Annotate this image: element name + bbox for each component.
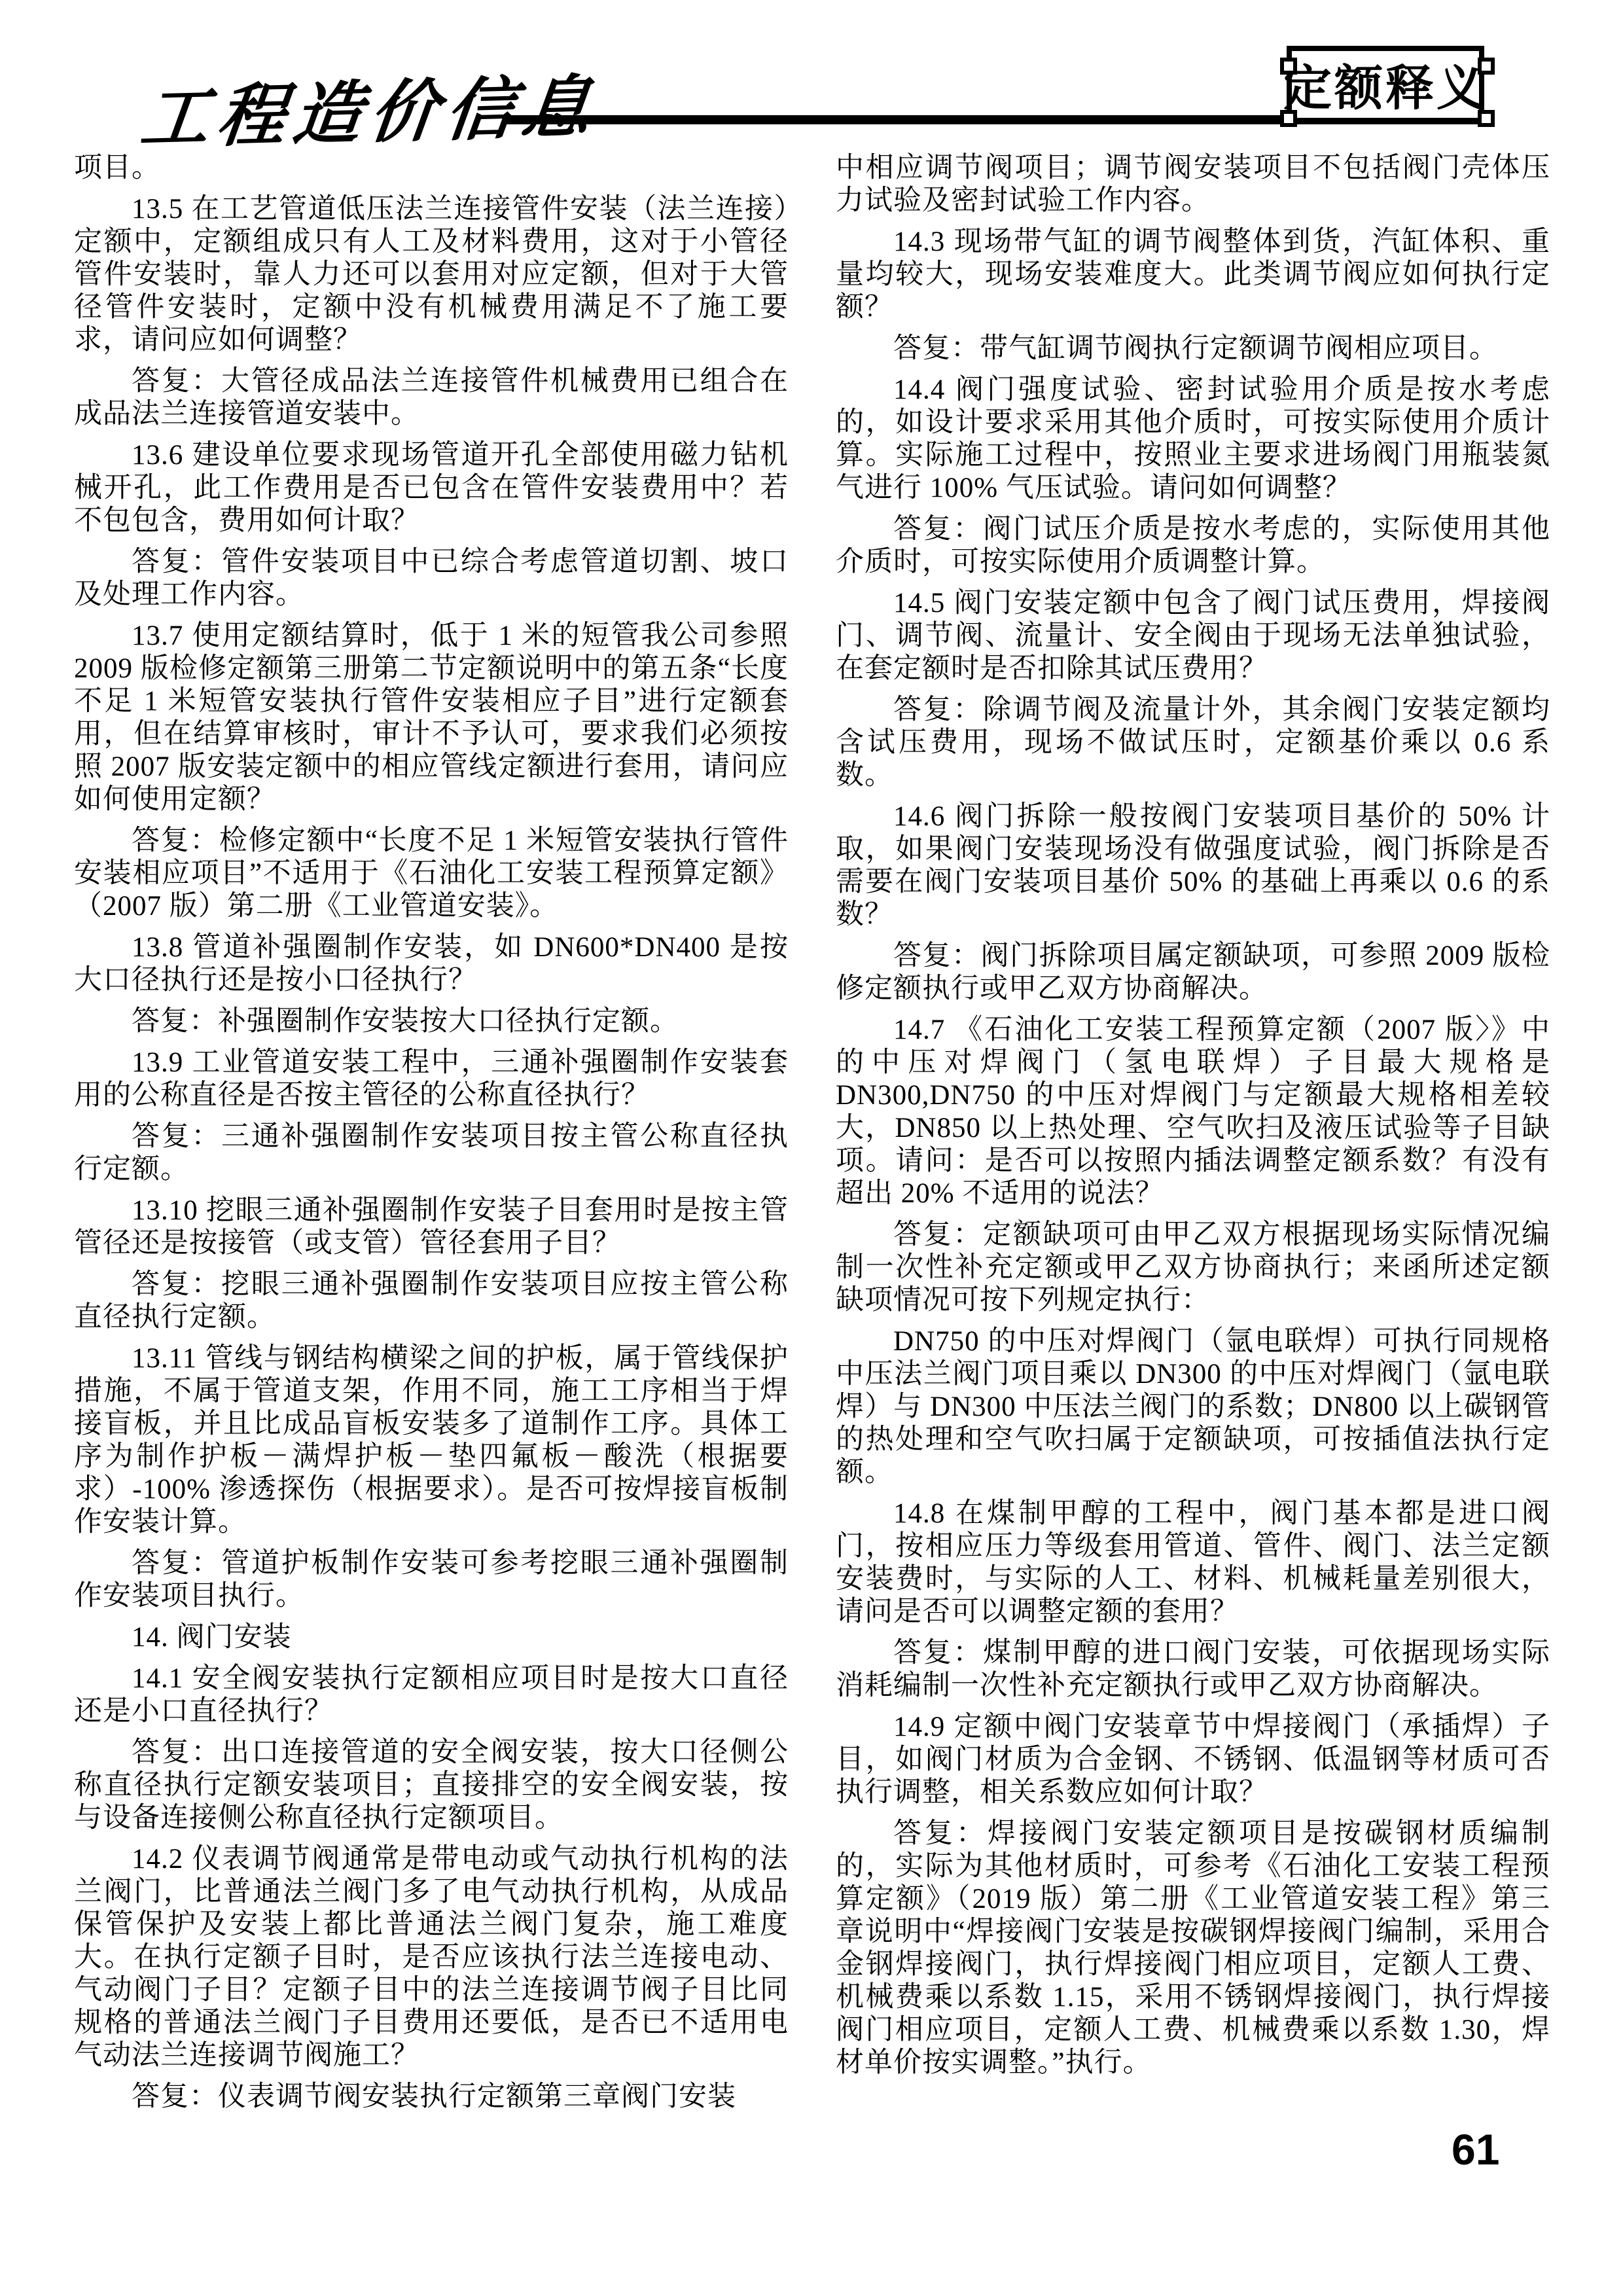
paragraph: 13.11 管线与钢结构横梁之间的护板，属于管线保护措施，不属于管道支架，作用不… bbox=[74, 1342, 789, 1539]
magazine-masthead: 工程造价信息 bbox=[136, 52, 604, 162]
paragraph: 中相应调节阀项目；调节阀安装项目不包括阀门壳体压力试验及密封试验工作内容。 bbox=[836, 152, 1550, 217]
paragraph: 14.1 安全阀安装执行定额相应项目时是按大口直径还是小口直径执行？ bbox=[74, 1662, 789, 1728]
paragraph: 答复：大管径成品法兰连接管件机械费用已组合在成品法兰连接管道安装中。 bbox=[74, 365, 789, 431]
paragraph: 14.6 阀门拆除一般按阀门安装项目基价的 50% 计取，如果阀门安装现场没有做… bbox=[836, 800, 1550, 931]
paragraph: 答复：检修定额中“长度不足 1 米短管安装执行管件安装相应项目”不适用于《石油化… bbox=[74, 825, 789, 923]
paragraph: 答复：管件安装项目中已综合考虑管道切割、坡口及处理工作内容。 bbox=[74, 546, 789, 611]
paragraph: 14.8 在煤制甲醇的工程中，阀门基本都是进口阀门，按相应压力等级套用管道、管件… bbox=[836, 1498, 1550, 1628]
paragraph: 答复：焊接阀门安装定额项目是按碳钢材质编制的，实际为其他材质时，可参考《石油化工… bbox=[836, 1818, 1550, 2079]
paragraph: 答复：挖眼三通补强圈制作安装项目应按主管公称直径执行定额。 bbox=[74, 1268, 789, 1334]
paragraph: 14. 阀门安装 bbox=[74, 1621, 789, 1654]
paragraph: 答复：阀门拆除项目属定额缺项，可参照 2009 版检修定额执行或甲乙双方协商解决… bbox=[836, 940, 1550, 1005]
left-column: 项目。13.5 在工艺管道低压法兰连接管件安装（法兰连接）定额中，定额组成只有人… bbox=[74, 152, 789, 2113]
right-column: 中相应调节阀项目；调节阀安装项目不包括阀门壳体压力试验及密封试验工作内容。14.… bbox=[836, 152, 1550, 2079]
paragraph: 答复：煤制甲醇的进口阀门安装，可依据现场实际消耗编制一次性补充定额执行或甲乙双方… bbox=[836, 1637, 1550, 1702]
paragraph: 14.7 《石油化工安装工程预算定额（2007 版〉》中的中压对焊阀门（氢电联焊… bbox=[836, 1014, 1550, 1210]
section-badge-label: 定额释义 bbox=[1283, 50, 1488, 119]
badge-corner-ornament bbox=[1280, 110, 1297, 127]
paragraph: 13.8 管道补强圈制作安装，如 DN600*DN400 是按大口径执行还是按小… bbox=[74, 931, 789, 997]
paragraph: 答复：带气缸调节阀执行定额调节阀相应项目。 bbox=[836, 332, 1550, 365]
paragraph: 答复：三通补强圈制作安装项目按主管公称直径执行定额。 bbox=[74, 1121, 789, 1186]
paragraph: 13.9 工业管道安装工程中，三通补强圈制作安装套用的公称直径是否按主管径的公称… bbox=[74, 1047, 789, 1112]
paragraph: 14.4 阀门强度试验、密封试验用介质是按水考虑的，如设计要求采用其他介质时，可… bbox=[836, 374, 1550, 505]
paragraph: 13.10 挖眼三通补强圈制作安装子目套用时是按主管管径还是按接管（或支管）管径… bbox=[74, 1194, 789, 1260]
paragraph: 14.3 现场带气缸的调节阀整体到货，汽缸体积、重量均较大，现场安装难度大。此类… bbox=[836, 226, 1550, 324]
paragraph: 答复：出口连接管道的安全阀安装，按大口径侧公称直径执行定额安装项目；直接排空的安… bbox=[74, 1736, 789, 1835]
paragraph: 答复：定额缺项可由甲乙双方根据现场实际情况编制一次性补充定额或甲乙双方协商执行；… bbox=[836, 1219, 1550, 1317]
paragraph: 答复：除调节阀及流量计外，其余阀门安装定额均含试压费用，现场不做试压时，定额基价… bbox=[836, 694, 1550, 792]
paragraph: 13.7 使用定额结算时，低于 1 米的短管我公司参照 2009 版检修定额第三… bbox=[74, 620, 789, 816]
paragraph: 14.5 阀门安装定额中包含了阀门试压费用，焊接阀门、调节阀、流量计、安全阀由于… bbox=[836, 587, 1550, 685]
paragraph: DN750 的中压对焊阀门（氩电联焊）可执行同规格中压法兰阀门项目乘以 DN30… bbox=[836, 1325, 1550, 1489]
paragraph: 答复：补强圈制作安装按大口径执行定额。 bbox=[74, 1005, 789, 1038]
badge-corner-ornament bbox=[1478, 58, 1495, 75]
paragraph: 答复：仪表调节阀安装执行定额第三章阀门安装 bbox=[74, 2081, 789, 2113]
paragraph: 13.5 在工艺管道低压法兰连接管件安装（法兰连接）定额中，定额组成只有人工及材… bbox=[74, 193, 789, 357]
paragraph: 14.9 定额中阀门安装章节中焊接阀门（承插焊）子目，如阀门材质为合金钢、不锈钢… bbox=[836, 1711, 1550, 1809]
paragraph: 13.6 建设单位要求现场管道开孔全部使用磁力钻机械开孔，此工作费用是否已包含在… bbox=[74, 439, 789, 537]
paragraph: 项目。 bbox=[74, 152, 789, 185]
section-badge: 定额释义 bbox=[1287, 46, 1484, 123]
page-number: 61 bbox=[1452, 2125, 1499, 2174]
paragraph: 14.2 仪表调节阀通常是带电动或气动执行机构的法兰阀门，比普通法兰阀门多了电气… bbox=[74, 1843, 789, 2072]
paragraph: 答复：管道护板制作安装可参考挖眼三通补强圈制作安装项目执行。 bbox=[74, 1547, 789, 1613]
magazine-page: 工程造价信息 定额释义 项目。13.5 在工艺管道低压法兰连接管件安装（法兰连接… bbox=[0, 0, 1623, 2296]
badge-corner-ornament bbox=[1478, 110, 1495, 127]
badge-corner-ornament bbox=[1280, 58, 1297, 75]
paragraph: 答复：阀门试压介质是按水考虑的，实际使用其他介质时，可按实际使用介质调整计算。 bbox=[836, 513, 1550, 579]
